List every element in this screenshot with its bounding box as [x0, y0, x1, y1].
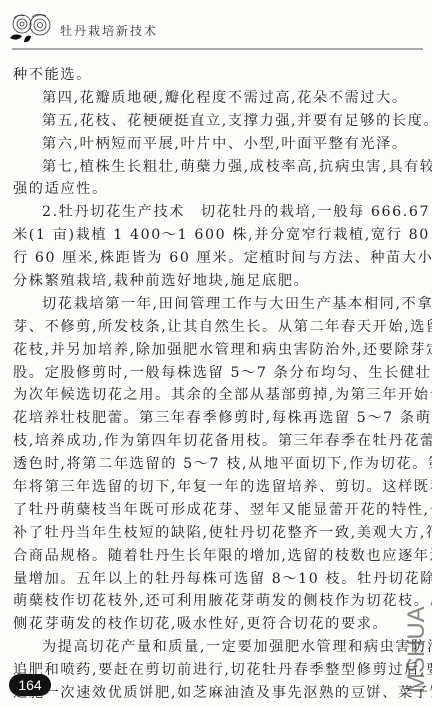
- text-line: 种不能选。: [13, 64, 418, 87]
- text-line: 为提高切花产量和质量,一定要加强肥水管理和病虫害防治、: [13, 636, 418, 659]
- body-text: 种不能选。第四,花瓣质地硬,瓣化程度不需过高,花朵不需过大。第五,花枝、花梗硬挺…: [13, 64, 418, 705]
- text-line: 2.牡丹切花生产技术 切花牡丹的栽培,一般每 666.67 平方: [13, 201, 418, 224]
- text-line: 第六,叶柄短而平展,叶片中、小型,叶面平整有光泽。: [13, 133, 418, 156]
- text-line: 股。定股修剪时,一般每株选留 5～7 条分布均匀、生长健壮枝,作: [13, 362, 418, 385]
- text-line: 侧花芽萌发的枝作切花,吸水性好,更符合切花的要求。: [13, 613, 418, 636]
- header-divider: [12, 48, 423, 50]
- text-line: 第四,花瓣质地硬,瓣化程度不需过高,花朵不需过大。: [13, 87, 418, 110]
- text-line: 合商品规格。随着牡丹生长年限的增加,选留的枝数也应逐年适: [13, 545, 418, 568]
- text-line: 补了牡丹当年生枝短的缺陷,使牡丹切花整齐一致,美观大方,符: [13, 522, 418, 545]
- text-line: 追施一次速效优质饼肥,如芝麻油渣及事先沤熟的豆饼、菜子饼: [13, 682, 418, 705]
- text-line: 透色时,将第二年选留的 5～7 枝,从地平面切下,作为切花。第四: [13, 453, 418, 476]
- text-line: 为次年候选切花之用。其余的全部从基部剪掉,为第三年开始切: [13, 384, 418, 407]
- text-line: 了牡丹萌蘖枝当年既可形成花芽、翌年又能显蕾开花的特性,也弥: [13, 499, 418, 522]
- text-line: 花枝,并另加培养,除加强肥水管理和病虫害防治外,还要除芽定: [13, 339, 418, 362]
- text-line: 芽、不修剪,所发枝条,让其自然生长。从第二年春天开始,选留切: [13, 316, 418, 339]
- text-line: 追肥和喷药,要赶在剪切前进行,切花牡丹春季整型修剪过后,要: [13, 659, 418, 682]
- text-line: 强的适应性。: [13, 178, 418, 201]
- text-line: 萌蘖枝作切花枝外,还可利用腋花芽萌发的侧枝作为切花枝。用: [13, 590, 418, 613]
- text-line: 分株繁殖栽培,栽种前选好地块,施足底肥。: [13, 270, 418, 293]
- text-line: 米(1 亩)栽植 1 400～1 600 株,并分宽窄行栽植,宽行 80 厘米,…: [13, 224, 418, 247]
- text-line: 年将第三年选留的切下,年复一年的选留培养、剪切。这样既利用: [13, 476, 418, 499]
- text-line: 枝,培养成功,作为第四年切花备用枝。第三年春季在牡丹花蕾呈: [13, 430, 418, 453]
- text-line: 第五,花枝、花梗硬挺直立,支撑力强,并要有足够的长度。: [13, 110, 418, 133]
- running-header: 牡丹栽培新技术: [0, 0, 432, 52]
- text-line: 切花栽培第一年,田间管理工作与大田生产基本相同,不拿: [13, 293, 418, 316]
- text-line: 第七,植株生长粗壮,萌蘖力强,成枝率高,抗病虫害,具有较: [13, 156, 418, 179]
- text-line: 量增加。五年以上的牡丹每株可选留 8～10 枝。牡丹切花除利用: [13, 568, 418, 591]
- text-line: 行 60 厘米,株距皆为 60 厘米。定植时间与方法、种苗大小规格同: [13, 247, 418, 270]
- peony-flower-icon: [8, 12, 58, 46]
- text-line: 花培养壮枝肥蕾。第三年春季修剪时,每株再选留 5～7 条萌蘖: [13, 407, 418, 430]
- watermark: MSHUA: [402, 600, 432, 700]
- book-title: 牡丹栽培新技术: [60, 22, 158, 39]
- page-number-badge: 164: [9, 674, 51, 696]
